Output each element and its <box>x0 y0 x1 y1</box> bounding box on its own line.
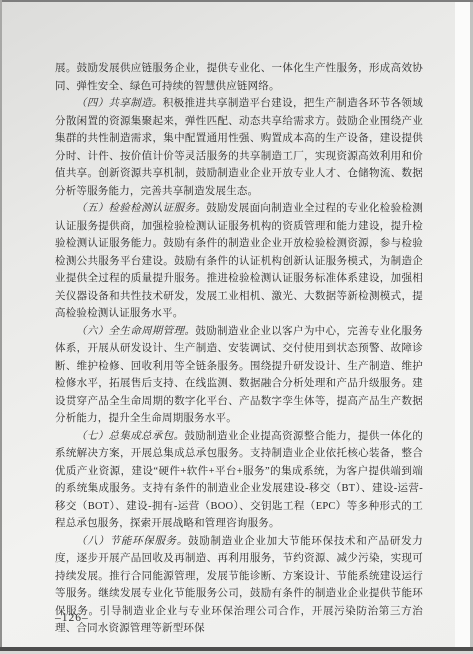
page-right-margin-strip <box>455 2 470 647</box>
paragraph: 展。鼓励发展供应链服务企业，提供专业化、一体化生产性服务，形成高效协同、弹性安全… <box>55 60 423 95</box>
page-number: –126– <box>55 612 89 624</box>
paragraph-body: 鼓励制造业企业提高资源整合能力，提供一体化的系统解决方案，开展总集成总承包服务。… <box>55 431 423 530</box>
page-text-block: 展。鼓励发展供应链服务企业，提供专业化、一体化生产性服务，形成高效协同、弹性安全… <box>55 60 423 638</box>
paragraph: （八）节能环保服务。鼓励制造业企业加大节能环保技术和产品研发力度，逐步开展产品回… <box>55 533 423 638</box>
paragraph-body: 鼓励发展面向制造业全过程的专业化检验检测认证服务提供商，加强检验检测认证服务机构… <box>55 203 423 319</box>
paragraph-heading: （七）总集成总承包。 <box>76 431 184 442</box>
paragraph: （七）总集成总承包。鼓励制造业企业提高资源整合能力，提供一体化的系统解决方案，开… <box>55 428 423 533</box>
paragraph: （四）共享制造。积极推进共享制造平台建设，把生产制造各环节各领域分散闲置的资源集… <box>55 95 423 200</box>
paragraph: （五）检验检测认证服务。鼓励发展面向制造业全过程的专业化检验检测认证服务提供商，… <box>55 200 423 323</box>
paragraph-heading: （六）全生命周期管理。 <box>76 326 195 337</box>
paragraph-body: 积极推进共享制造平台建设，把生产制造各环节各领域分散闲置的资源集聚起来，弹性匹配… <box>55 98 423 197</box>
page-top-edge <box>0 0 473 2</box>
page-left-edge <box>0 0 2 650</box>
paragraph-body: 鼓励制造业企业加大节能环保技术和产品研发力度，逐步开展产品回收及再制造、再利用服… <box>55 536 423 635</box>
paragraph-heading: （八）节能环保服务。 <box>76 536 188 547</box>
paragraph-body: 展。鼓励发展供应链服务企业，提供专业化、一体化生产性服务，形成高效协同、弹性安全… <box>55 63 423 92</box>
paragraph-heading: （五）检验检测认证服务。 <box>76 203 206 214</box>
document-page: 展。鼓励发展供应链服务企业，提供专业化、一体化生产性服务，形成高效协同、弹性安全… <box>0 0 473 654</box>
paragraph: （六）全生命周期管理。鼓励制造业企业以客户为中心，完善专业化服务体系，开展从研发… <box>55 323 423 428</box>
paragraph-heading: （四）共享制造。 <box>76 98 163 109</box>
paragraph-body: 鼓励制造业企业以客户为中心，完善专业化服务体系，开展从研发设计、生产制造、安装调… <box>55 326 423 425</box>
